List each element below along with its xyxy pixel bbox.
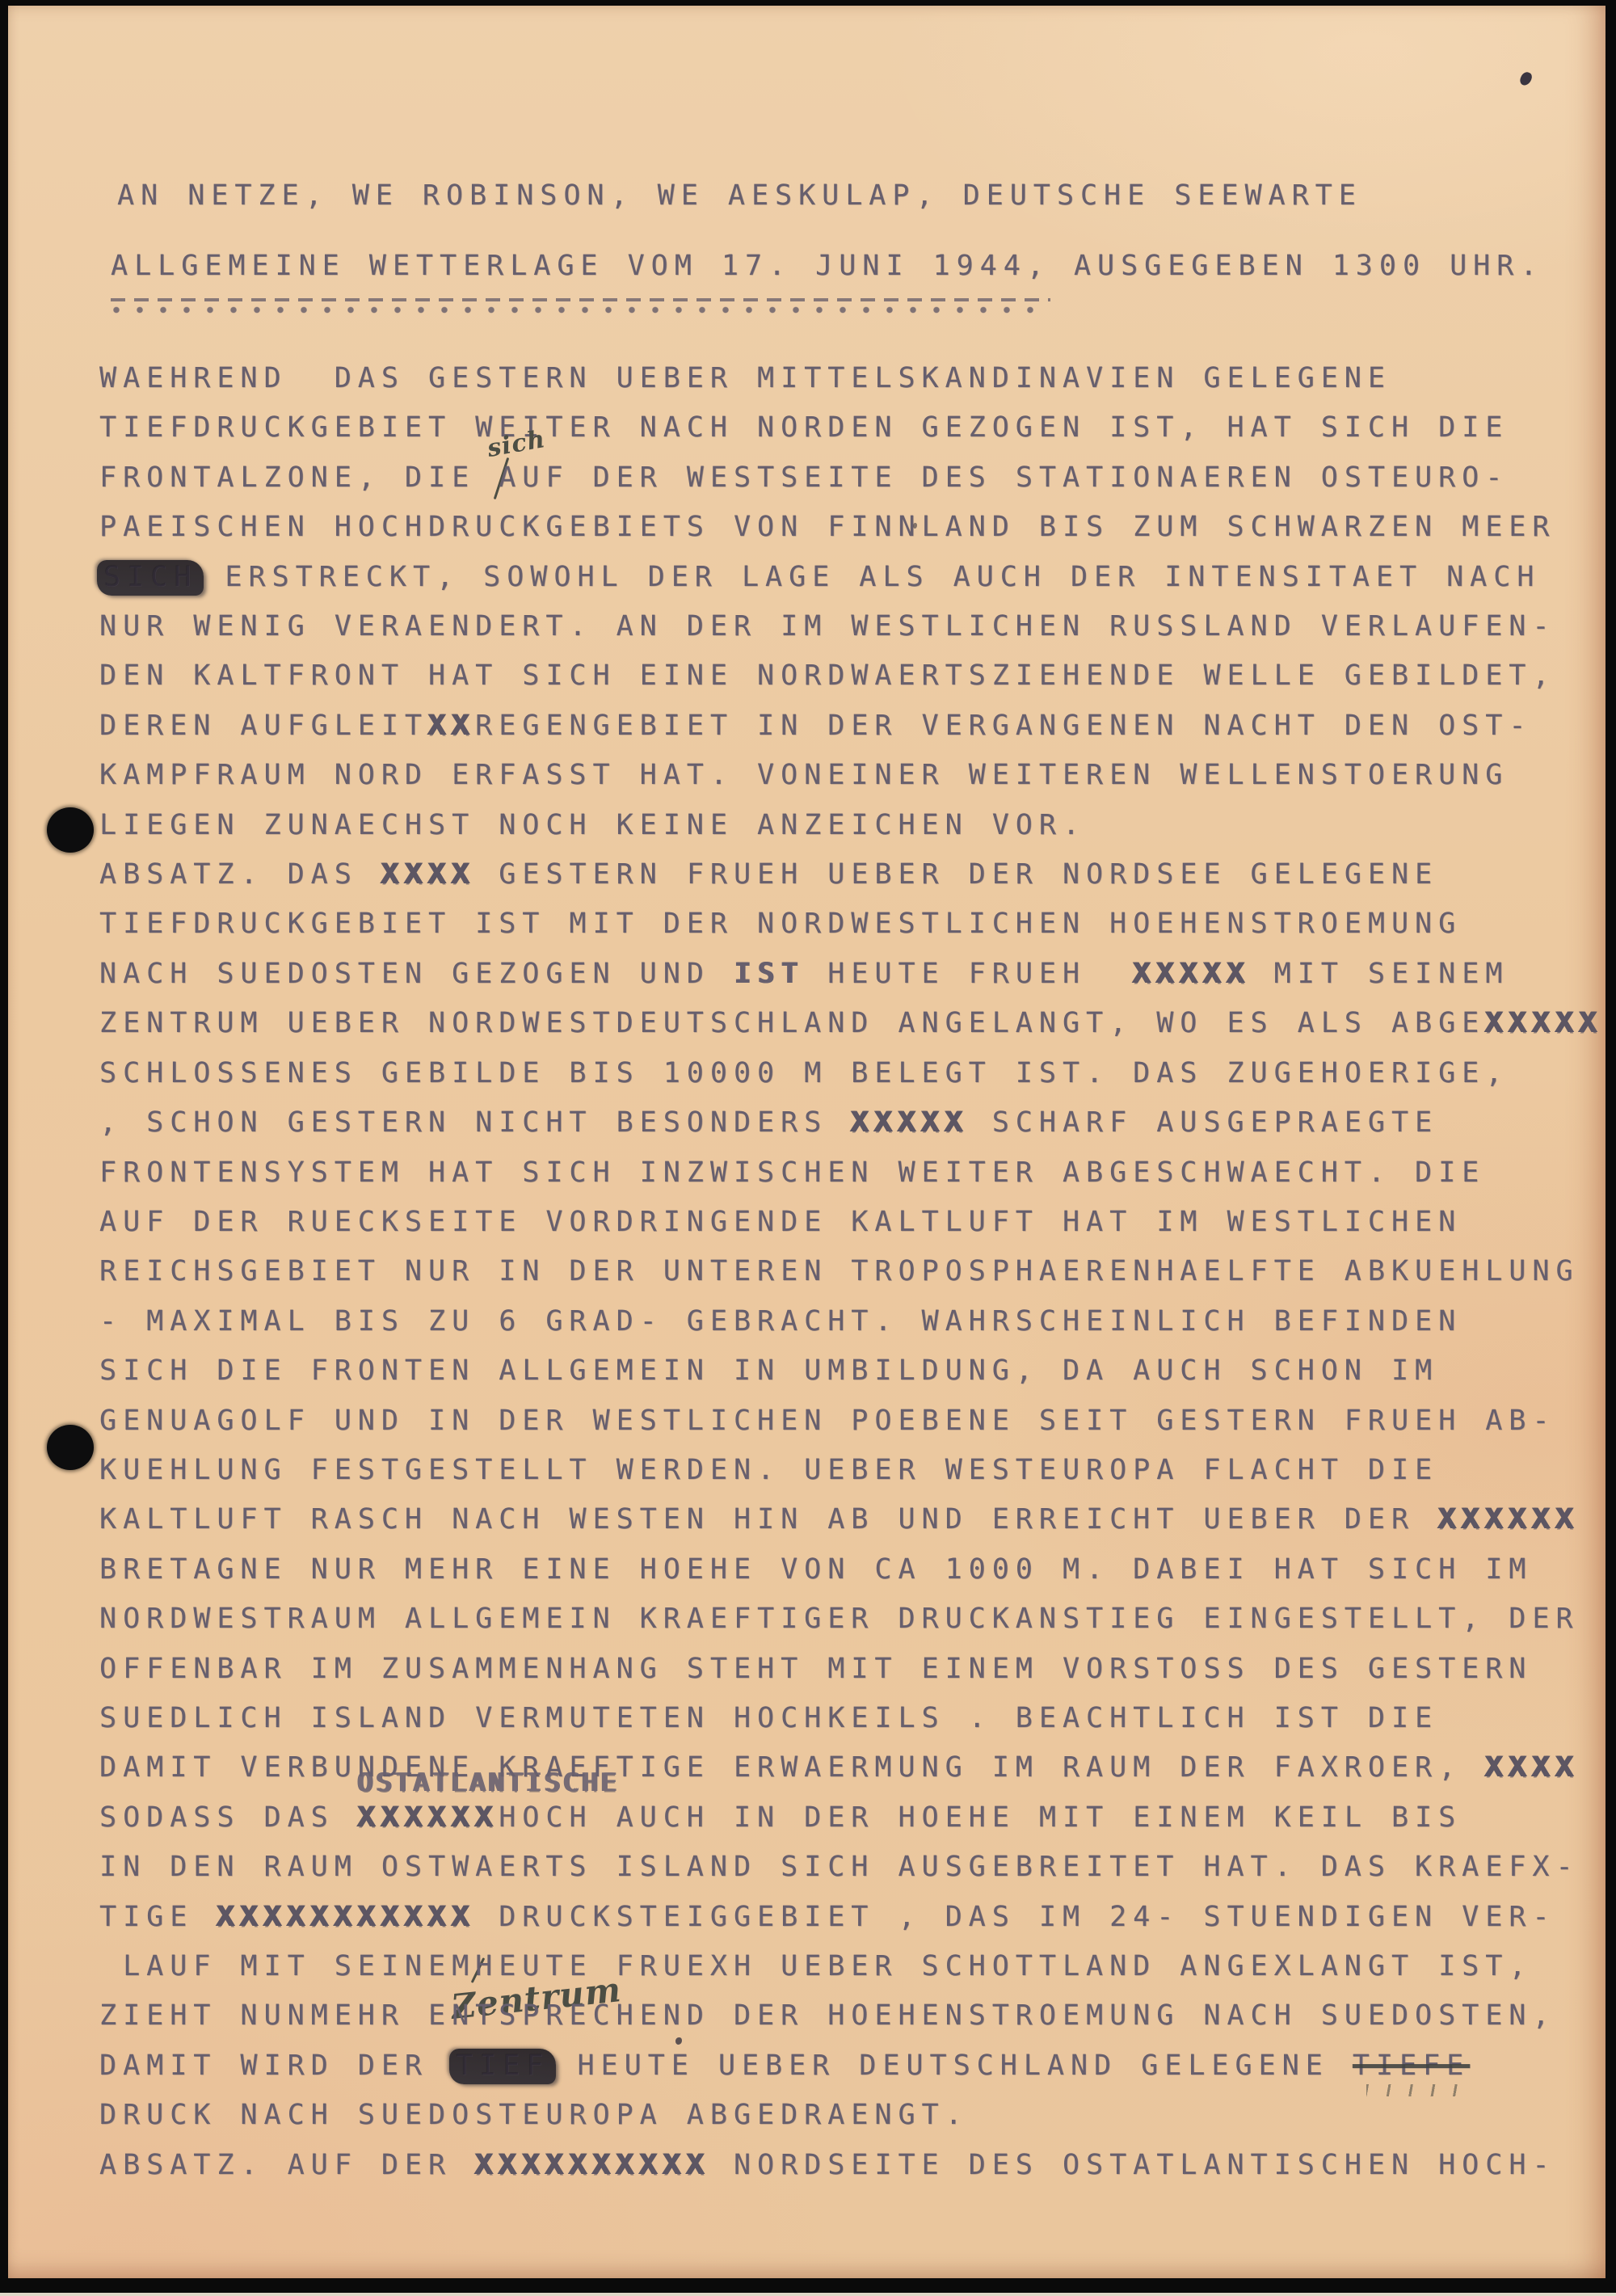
typewritten-content: AN NETZE, WE ROBINSON, WE AESKULAP, DEUT… [99, 6, 1616, 2190]
document-header-line: AN NETZE, WE ROBINSON, WE AESKULAP, DEUT… [117, 171, 1616, 221]
text-segment: HOCH AUCH IN DER HOEHE MIT EINEM KEIL BI… [499, 1801, 1462, 1834]
text-segment: OFFENBAR IM ZUSAMMENHANG STEHT MIT EINEM… [99, 1653, 1532, 1685]
text-line: SICH ERSTRECKT, SOWOHL DER LAGE ALS AUCH… [99, 553, 1616, 602]
report-title-underlined: ALLGEMEINE WETTERLAGE VOM 17. JUNI 1944, [111, 242, 1050, 314]
text-segment: HEUTE FRUEH [804, 958, 1133, 990]
text-line: TIGE XXXXXXXXXXX DRUCKSTEIGGEBIET , DAS … [99, 1893, 1616, 1942]
text-segment: FRONTENSYSTEM HAT SICH INZWISCHEN WEITER… [99, 1156, 1485, 1189]
text-segment: GESTERN FRUEH UEBER DER NORDSEE GELEGENE [475, 858, 1438, 891]
scanned-document: { "document": { "type": "typewritten wea… [0, 0, 1616, 2296]
text-segment: DEN KALTFRONT HAT SICH EINE NORDWAERTSZI… [99, 659, 1555, 692]
overstruck-word: IST [734, 958, 804, 990]
text-line: SICH DIE FRONTEN ALLGEMEIN IN UMBILDUNG,… [99, 1346, 1616, 1396]
text-segment: PAEISCHEN HOCHDRUCKGEBIETS VON FINNLAND … [99, 511, 1555, 543]
text-segment: REICHSGEBIET NUR IN DER UNTEREN TROPOSPH… [99, 1255, 1580, 1287]
text-line: LAUF MIT SEINEMZentrumHEUTE FRUEXH UEBER… [99, 1942, 1616, 1991]
report-title-line: ALLGEMEINE WETTERLAGE VOM 17. JUNI 1944,… [111, 242, 1616, 314]
text-segment: KAMPFRAUM NORD ERFASST HAT. VONEINER WEI… [99, 759, 1509, 791]
report-body: WAEHREND DAS GESTERN UEBER MITTELSKANDIN… [99, 354, 1616, 2190]
overtyped-x-block: XX [428, 710, 475, 742]
text-line: REICHSGEBIET NUR IN DER UNTEREN TROPOSPH… [99, 1247, 1616, 1296]
text-line: NUR WENIG VERAENDERT. AN DER IM WESTLICH… [99, 602, 1616, 651]
text-segment: , SCHON GESTERN NICHT BESONDERS [99, 1106, 851, 1139]
overtyped-x-block: XXXXXX [1438, 1503, 1579, 1536]
blacked-out-word: SICH [97, 560, 204, 596]
text-segment: SODASS DAS [99, 1801, 358, 1834]
text-line: TIEFDRUCKGEBIET WEITER NACH NORDEN GEZOG… [99, 403, 1616, 453]
overtyped-x-block: XXXXX [851, 1106, 968, 1139]
report-title-rest: AUSGEGEBEN 1300 UHR. [1050, 250, 1544, 282]
pencil-struck-word: TIEFE [1353, 2050, 1470, 2082]
text-segment: WAEHREND DAS GESTERN UEBER MITTELSKANDIN… [99, 362, 1391, 394]
text-line: PAEISCHEN HOCHDRUCKGEBIETS VON FINNLAND … [99, 503, 1616, 552]
overtyped-x-block: XXXX [1485, 1751, 1579, 1784]
text-line: ZIEHT NUNMEHR ENTSPRECHEND DER HOEHENSTR… [99, 1991, 1616, 2041]
text-line: - MAXIMAL BIS ZU 6 GRAD- GEBRACHT. WAHRS… [99, 1297, 1616, 1346]
text-line: DAMIT VERBUNDENE KRAEFTIGE ERWAERMUNG IM… [99, 1743, 1616, 1793]
text-line: NACH SUEDOSTEN GEZOGEN UND IST HEUTE FRU… [99, 950, 1616, 999]
text-line: ZENTRUM UEBER NORDWESTDEUTSCHLAND ANGELA… [99, 999, 1616, 1048]
text-line: DEN KALTFRONT HAT SICH EINE NORDWAERTSZI… [99, 651, 1616, 701]
text-segment: ZIEHT NUNMEHR ENTSPRECHEND DER HOEHENSTR… [99, 1999, 1555, 2032]
text-segment: AUF DER RUECKSEITE VORDRINGENDE KALTLUFT… [99, 1206, 1462, 1238]
text-line: AUF DER RUECKSEITE VORDRINGENDE KALTLUFT… [99, 1198, 1616, 1247]
text-segment: TIGE [99, 1901, 217, 1933]
text-segment: ABSATZ. AUF DER [99, 2149, 475, 2181]
text-line: DAMIT WIRD DER TIEF HEUTE UEBER DEUTSCHL… [99, 2041, 1616, 2091]
text-segment: TIEFDRUCKGEBIET IST MIT DER NORDWESTLICH… [99, 908, 1462, 940]
text-segment: NACH SUEDOSTEN GEZOGEN UND [99, 958, 734, 990]
text-line: TIEFDRUCKGEBIET IST MIT DER NORDWESTLICH… [99, 899, 1616, 949]
text-segment: FRONTALZONE, DIE [99, 461, 499, 494]
text-segment: IN DEN RAUM OSTWAERTS ISLAND SICH AUSGEB… [99, 1851, 1580, 1883]
text-segment: KUEHLUNG FESTGESTELLT WERDEN. UEBER WEST… [99, 1454, 1438, 1486]
text-line: FRONTENSYSTEM HAT SICH INZWISCHEN WEITER… [99, 1148, 1616, 1198]
hole-punch [47, 1425, 94, 1470]
text-segment: - MAXIMAL BIS ZU 6 GRAD- GEBRACHT. WAHRS… [99, 1305, 1462, 1338]
text-line: ABSATZ. DAS XXXX GESTERN FRUEH UEBER DER… [99, 850, 1616, 899]
overtyped-x-block: XXXXXXXXXX [475, 2149, 710, 2181]
text-line: SCHLOSSENES GEBILDE BIS 10000 M BELEGT I… [99, 1049, 1616, 1098]
text-line: NORDWESTRAUM ALLGEMEIN KRAEFTIGER DRUCKA… [99, 1595, 1616, 1644]
text-segment: NORDSEITE DES OSTATLANTISCHEN HOCH- [710, 2149, 1556, 2181]
hole-punch [47, 807, 94, 853]
text-segment: DRUCKSTEIGGEBIET , DAS IM 24- STUENDIGEN… [475, 1901, 1555, 1933]
text-segment: GENUAGOLF UND IN DER WESTLICHEN POEBENE … [99, 1405, 1555, 1437]
overtyped-x-block: XXXXX [1133, 958, 1250, 990]
text-segment: KALTLUFT RASCH NACH WESTEN HIN AB UND ER… [99, 1503, 1438, 1536]
text-segment: NUR WENIG VERAENDERT. AN DER IM WESTLICH… [99, 610, 1555, 642]
text-line: BRETAGNE NUR MEHR EINE HOEHE VON CA 1000… [99, 1545, 1616, 1595]
overtyped-x-block: XXXX [381, 858, 475, 891]
text-segment: HEUTE UEBER DEUTSCHLAND GELEGENE [553, 2050, 1352, 2082]
text-line: OFFENBAR IM ZUSAMMENHANG STEHT MIT EINEM… [99, 1645, 1616, 1694]
text-segment: SUEDLICH ISLAND VERMUTETEN HOCHKEILS . B… [99, 1702, 1438, 1734]
addressee-line: AN NETZE, WE ROBINSON, WE AESKULAP, DEUT… [117, 179, 1362, 212]
text-line: KAMPFRAUM NORD ERFASST HAT. VONEINER WEI… [99, 751, 1616, 800]
overtyped-x-block: XXXXXXOSTATLANTISCHE [358, 1801, 499, 1834]
text-segment: ERSTRECKT, SOWOHL DER LAGE ALS AUCH DER … [201, 561, 1540, 593]
text-line: SODASS DAS XXXXXXOSTATLANTISCHEHOCH AUCH… [99, 1793, 1616, 1843]
text-segment: HEUTE FRUEXH UEBER SCHOTTLAND ANGEXLANGT… [475, 1950, 1532, 1982]
text-segment: DAMIT WIRD DER [99, 2050, 452, 2082]
text-line: DEREN AUFGLEITXXREGENGEBIET IN DER VERGA… [99, 701, 1616, 751]
text-line: GENUAGOLF UND IN DER WESTLICHEN POEBENE … [99, 1397, 1616, 1446]
text-line: ABSATZ. AUF DER XXXXXXXXXX NORDSEITE DES… [99, 2141, 1616, 2190]
blacked-out-word: TIEF [449, 2049, 556, 2084]
text-line: LIEGEN ZUNAECHST NOCH KEINE ANZEICHEN VO… [99, 801, 1616, 850]
text-segment: SCHLOSSENES GEBILDE BIS 10000 M BELEGT I… [99, 1057, 1509, 1089]
text-segment: LIEGEN ZUNAECHST NOCH KEINE ANZEICHEN VO… [99, 809, 1086, 841]
scan-edge-bottom [0, 2293, 1616, 2296]
text-line: KUEHLUNG FESTGESTELLT WERDEN. UEBER WEST… [99, 1446, 1616, 1495]
document-page: AN NETZE, WE ROBINSON, WE AESKULAP, DEUT… [8, 6, 1605, 2278]
text-segment: BRETAGNE NUR MEHR EINE HOEHE VON CA 1000… [99, 1553, 1532, 1586]
text-segment: REGENGEBIET IN DER VERGANGENEN NACHT DEN… [475, 710, 1532, 742]
text-line: KALTLUFT RASCH NACH WESTEN HIN AB UND ER… [99, 1495, 1616, 1544]
text-segment: AUF DER WESTSEITE DES STATIONAEREN OSTEU… [499, 461, 1509, 494]
text-segment: ABSATZ. DAS [99, 858, 381, 891]
text-segment: ZENTRUM UEBER NORDWESTDEUTSCHLAND ANGELA… [99, 1007, 1485, 1039]
overtyped-x-block: XXXXXXXXXXX [217, 1901, 475, 1933]
text-line: FRONTALZONE, DIE sichAUF DER WESTSEITE D… [99, 453, 1616, 503]
text-line: DRUCK NACH SUEDOSTEUROPA ABGEDRAENGT. [99, 2091, 1616, 2140]
text-line: SUEDLICH ISLAND VERMUTETEN HOCHKEILS . B… [99, 1694, 1616, 1743]
text-segment: SCHARF AUSGEPRAEGTE [969, 1106, 1438, 1139]
overtyped-x-block: XXXXX [1485, 1007, 1602, 1039]
text-segment: SICH DIE FRONTEN ALLGEMEIN IN UMBILDUNG,… [99, 1354, 1438, 1387]
text-segment: DAMIT VERBUNDENE KRAEFTIGE ERWAERMUNG IM… [99, 1751, 1485, 1784]
text-line: , SCHON GESTERN NICHT BESONDERS XXXXX SC… [99, 1098, 1616, 1148]
text-segment: NORDWESTRAUM ALLGEMEIN KRAEFTIGER DRUCKA… [99, 1603, 1580, 1635]
text-segment: LAUF MIT SEINEM [99, 1950, 475, 1982]
text-line: WAEHREND DAS GESTERN UEBER MITTELSKANDIN… [99, 354, 1616, 403]
text-segment: DEREN AUFGLEIT [99, 710, 428, 742]
text-segment: DRUCK NACH SUEDOSTEUROPA ABGEDRAENGT. [99, 2099, 969, 2131]
text-segment: MIT SEINEM [1251, 958, 1509, 990]
text-segment: TIEFDRUCKGEBIET WEITER NACH NORDEN GEZOG… [99, 411, 1509, 444]
text-line: IN DEN RAUM OSTWAERTS ISLAND SICH AUSGEB… [99, 1843, 1616, 1892]
